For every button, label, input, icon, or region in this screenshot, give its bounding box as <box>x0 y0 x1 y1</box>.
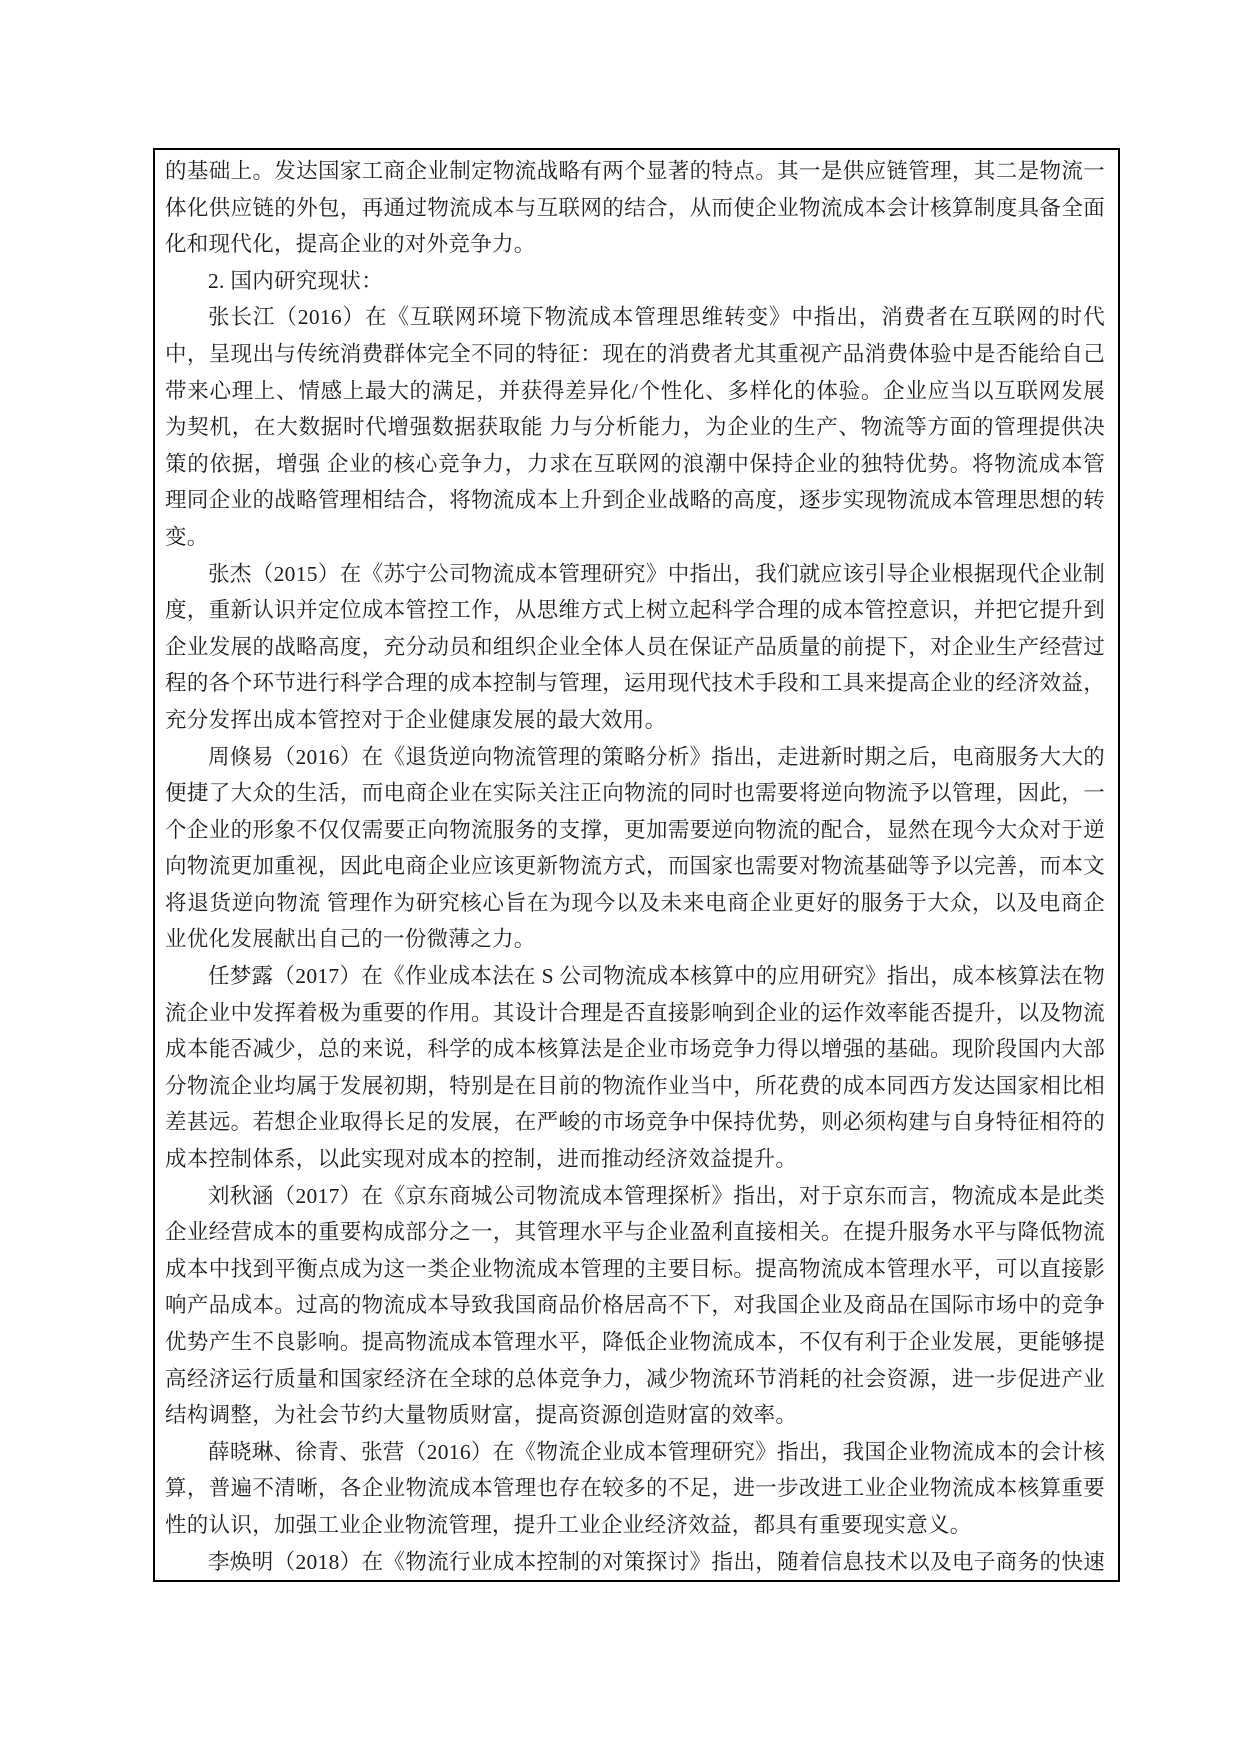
report-table-cell: 的基础上。发达国家工商企业制定物流战略有两个显著的特点。其一是供应链管理，其二是… <box>153 148 1120 1582</box>
paragraph-zhangchangjiang-2016: 张长江（2016）在《互联网环境下物流成本管理思维转变》中指出，消费者在互联网的… <box>165 299 1105 555</box>
section-heading-domestic-research: 2. 国内研究现状： <box>165 263 1105 300</box>
document-page: 的基础上。发达国家工商企业制定物流战略有两个显著的特点。其一是供应链管理，其二是… <box>0 0 1241 1754</box>
paragraph-xuexiaolin-2016: 薛晓琳、徐青、张营（2016）在《物流企业成本管理研究》指出，我国企业物流成本的… <box>165 1434 1105 1544</box>
paragraph-renmenglu-2017: 任梦露（2017）在《作业成本法在 S 公司物流成本核算中的应用研究》指出，成本… <box>165 958 1105 1178</box>
paragraph-lihuanming-2018: 李焕明（2018）在《物流行业成本控制的对策探讨》指出，随着信息技术以及电子商务… <box>165 1544 1105 1582</box>
paragraph-liuqiuhan-2017: 刘秋涵（2017）在《京东商城公司物流成本管理探析》指出，对于京东而言，物流成本… <box>165 1178 1105 1434</box>
paragraph-zhangjie-2015: 张杰（2015）在《苏宁公司物流成本管理研究》中指出，我们就应该引导企业根据现代… <box>165 556 1105 739</box>
paragraph-zhoushuyi-2016: 周倏易（2016）在《退货逆向物流管理的策略分析》指出，走进新时期之后，电商服务… <box>165 739 1105 959</box>
paragraph-continuation: 的基础上。发达国家工商企业制定物流战略有两个显著的特点。其一是供应链管理，其二是… <box>165 153 1105 263</box>
